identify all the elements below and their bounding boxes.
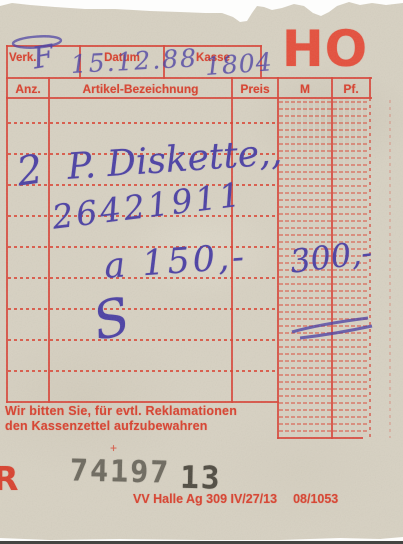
receipt-paper: HO Verk. Datum Kasse Anz. Artikel-Bezeic…: [0, 0, 403, 541]
dotted-row-line: [8, 308, 278, 310]
column-header-underline: [6, 97, 372, 99]
print-code: 08/1053: [293, 492, 338, 506]
anz-column-divider: [48, 77, 50, 403]
column-header-pfennig: Pf.: [332, 82, 370, 96]
serial-number-stamp: 7419713: [70, 452, 222, 491]
receipt-scan: HO Verk. Datum Kasse Anz. Artikel-Bezeic…: [0, 0, 403, 544]
dotted-row-line: [8, 339, 278, 341]
column-header-anz: Anz.: [6, 82, 50, 96]
footer-notice-line1: Wir bitten Sie, für evtl. Reklamationen: [5, 404, 237, 418]
amount-box-bottom-border: [277, 437, 363, 439]
print-imprint-line: VV Halle Ag 309 IV/27/1308/1053: [133, 492, 338, 506]
hw-date: 15.12.88: [70, 43, 199, 79]
dotted-row-line: [8, 122, 278, 124]
column-header-artikel: Artikel-Bezeichnung: [49, 82, 232, 96]
serial-part2: 13: [180, 460, 222, 497]
edge-dotted-line: [389, 100, 391, 438]
table-bottom-border: [6, 401, 279, 403]
dotted-row-line: [8, 370, 278, 372]
column-header-mark: M: [278, 82, 332, 96]
ho-logo: HO: [278, 24, 372, 74]
table-left-border: [6, 45, 8, 403]
hw-strikethrough: [290, 312, 374, 342]
hw-item-name: P. Diskette,,: [66, 132, 283, 188]
footer-notice-line2: den Kassenzettel aufzubewahren: [5, 419, 208, 433]
hw-kasse-number: 1804: [204, 47, 273, 81]
r-mark: R: [0, 459, 18, 498]
column-header-preis: Preis: [232, 82, 278, 96]
hw-unit-price: a 150,-: [103, 237, 248, 287]
serial-part1: 74197: [70, 453, 171, 490]
hw-signature: S: [88, 287, 135, 353]
